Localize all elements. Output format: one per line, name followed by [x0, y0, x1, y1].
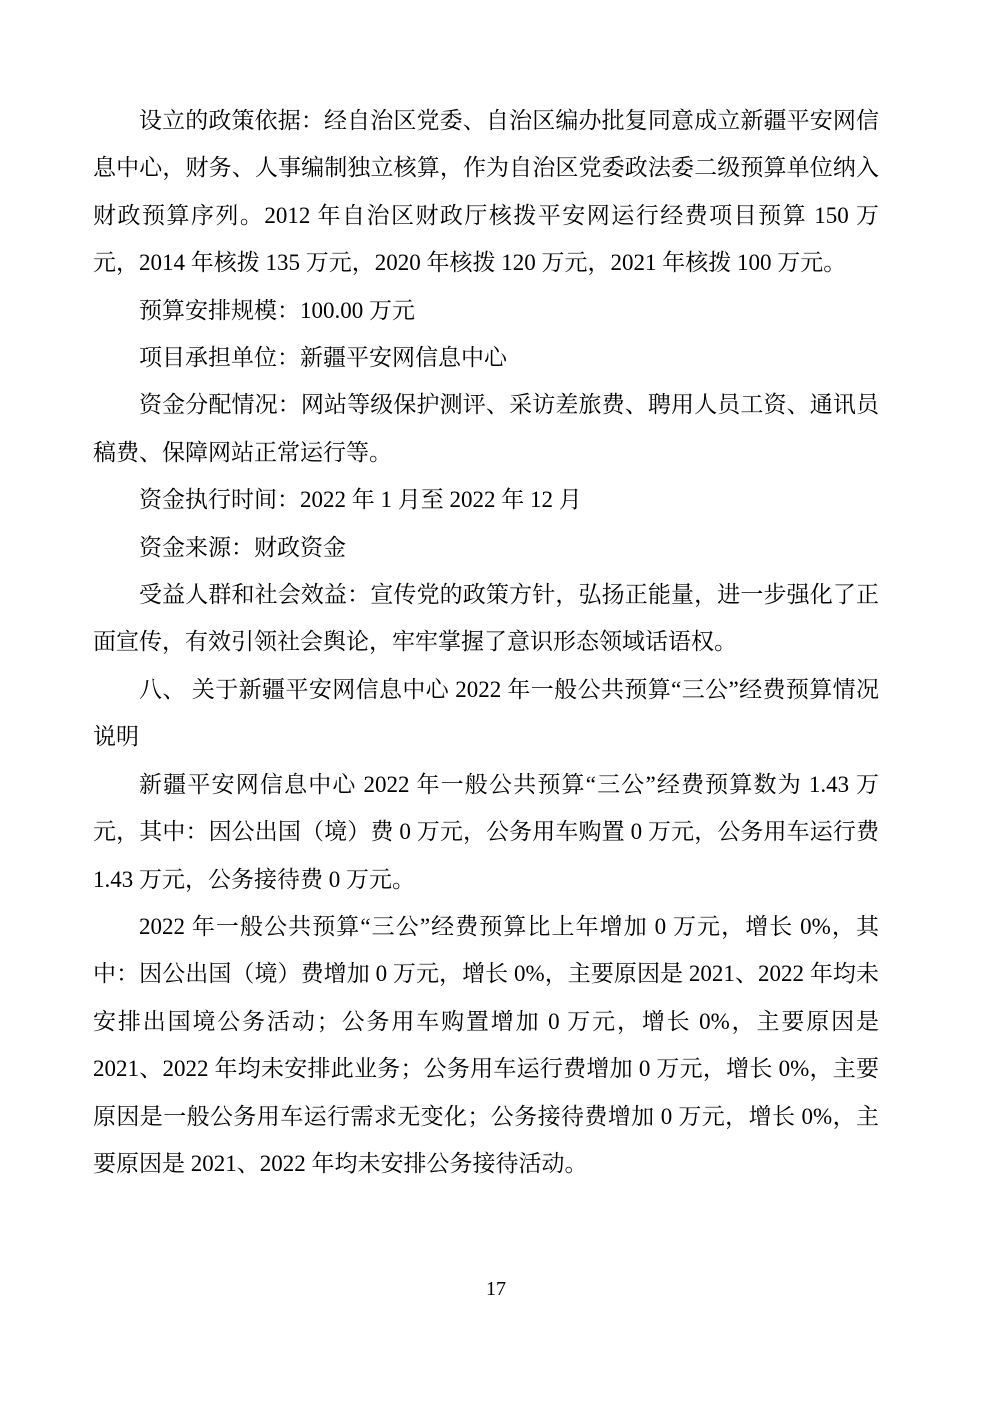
paragraph-fund-execution-time: 资金执行时间：2022 年 1 月至 2022 年 12 月 [93, 476, 879, 523]
section-heading-eight: 八、 关于新疆平安网信息中心 2022 年一般公共预算“三公”经费预算情况说明 [93, 666, 879, 761]
paragraph-three-public-budget: 新疆平安网信息中心 2022 年一般公共预算“三公”经费预算数为 1.43 万元… [93, 761, 879, 903]
document-page: 设立的政策依据：经自治区党委、自治区编办批复同意成立新疆平安网信息中心，财务、人… [0, 0, 992, 1403]
paragraph-fund-source: 资金来源：财政资金 [93, 524, 879, 571]
paragraph-three-public-comparison: 2022 年一般公共预算“三公”经费预算比上年增加 0 万元，增长 0%，其中：… [93, 903, 879, 1187]
page-number: 17 [0, 1278, 992, 1300]
paragraph-fund-allocation: 资金分配情况：网站等级保护测评、采访差旅费、聘用人员工资、通讯员稿费、保障网站正… [93, 381, 879, 476]
paragraph-policy-basis: 设立的政策依据：经自治区党委、自治区编办批复同意成立新疆平安网信息中心，财务、人… [93, 97, 879, 287]
paragraph-undertaking-unit: 项目承担单位：新疆平安网信息中心 [93, 334, 879, 381]
paragraph-beneficiaries-social-benefit: 受益人群和社会效益：宣传党的政策方针，弘扬正能量，进一步强化了正面宣传，有效引领… [93, 571, 879, 666]
document-body: 设立的政策依据：经自治区党委、自治区编办批复同意成立新疆平安网信息中心，财务、人… [93, 97, 879, 1187]
paragraph-budget-scale: 预算安排规模：100.00 万元 [93, 287, 879, 334]
